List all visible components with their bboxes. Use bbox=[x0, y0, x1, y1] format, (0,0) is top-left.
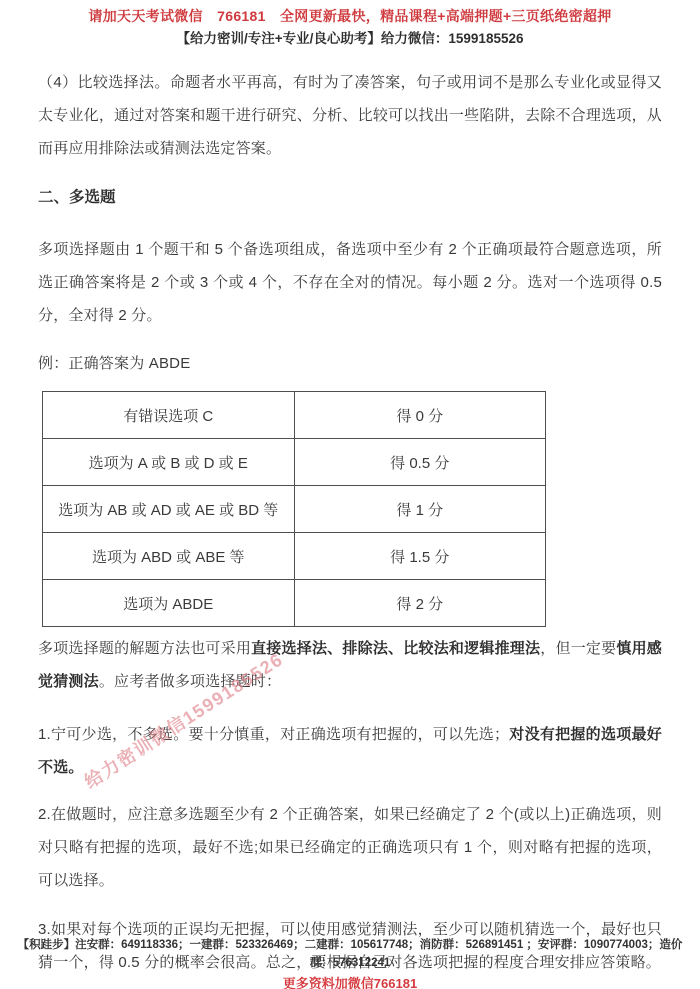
cell-condition: 选项为 ABD 或 ABE 等 bbox=[43, 533, 295, 580]
score-table: 有错误选项 C 得 0 分 选项为 A 或 B 或 D 或 E 得 0.5 分 … bbox=[42, 391, 546, 627]
cell-score: 得 0 分 bbox=[294, 392, 546, 439]
footer-promo: 更多资料加微信766181 bbox=[0, 975, 700, 989]
tip-item-2: 2.在做题时，应注意多选题至少有 2 个正确答案，如果已经确定了 2 个(或以上… bbox=[38, 798, 662, 897]
cell-score: 得 1 分 bbox=[294, 486, 546, 533]
example-label: 例：正确答案为 ABDE bbox=[38, 347, 662, 380]
header-contact-line: 【给力密训/专注+专业/良心助考】给力微信：1599185526 bbox=[0, 27, 700, 50]
table-row: 选项为 A 或 B 或 D 或 E 得 0.5 分 bbox=[43, 439, 546, 486]
cell-score: 得 1.5 分 bbox=[294, 533, 546, 580]
cell-condition: 选项为 AB 或 AD 或 AE 或 BD 等 bbox=[43, 486, 295, 533]
table-row: 选项为 ABD 或 ABE 等 得 1.5 分 bbox=[43, 533, 546, 580]
header-promo-line: 请加天天考试微信 766181 全网更新最快，精品课程+高端押题+三页纸绝密超押 bbox=[0, 5, 700, 27]
table-row: 选项为 ABDE 得 2 分 bbox=[43, 580, 546, 627]
methods-text: ，但一定要 bbox=[540, 640, 616, 657]
footer-qq-groups-line1: 【积跬步】注安群：649118336；一建群：523326469；二建群：105… bbox=[0, 936, 700, 954]
document-page: { "colors": { "accent_red": "#cf3a3e", "… bbox=[0, 0, 700, 989]
footer-qq-groups: 【积跬步】注安群：649118336；一建群：523326469；二建群：105… bbox=[0, 936, 700, 972]
cell-score: 得 0.5 分 bbox=[294, 439, 546, 486]
cell-condition: 选项为 ABDE bbox=[43, 580, 295, 627]
document-body: （4）比较选择法。命题者水平再高，有时为了凑答案，句子或用词不是那么专业化或显得… bbox=[0, 66, 700, 979]
section-heading-multiple-choice: 二、多选题 bbox=[38, 181, 662, 214]
cell-condition: 有错误选项 C bbox=[43, 392, 295, 439]
cell-score: 得 2 分 bbox=[294, 580, 546, 627]
methods-text: 。应考者做多项选择题时： bbox=[99, 673, 281, 690]
paragraph-intro: 多项选择题由 1 个题干和 5 个备选项组成，备选项中至少有 2 个正确项最符合… bbox=[38, 233, 662, 332]
top-banner: 请加天天考试微信 766181 全网更新最快，精品课程+高端押题+三页纸绝密超押… bbox=[0, 0, 700, 50]
tip1-text: 1.宁可少选，不多选。要十分慎重，对正确选项有把握的，可以先选； bbox=[38, 726, 509, 743]
methods-text: 多项选择题的解题方法也可采用 bbox=[38, 640, 251, 657]
footer-qq-groups-line2: 群：576312241 bbox=[0, 954, 700, 972]
page-footer: 【积跬步】注安群：649118336；一建群：523326469；二建群：105… bbox=[0, 936, 700, 989]
table-row: 选项为 AB 或 AD 或 AE 或 BD 等 得 1 分 bbox=[43, 486, 546, 533]
table-row: 有错误选项 C 得 0 分 bbox=[43, 392, 546, 439]
methods-bold-list: 直接选择法、排除法、比较法和逻辑推理法 bbox=[251, 640, 540, 657]
cell-condition: 选项为 A 或 B 或 D 或 E bbox=[43, 439, 295, 486]
tip-item-1: 1.宁可少选，不多选。要十分慎重，对正确选项有把握的，可以先选；对没有把握的选项… bbox=[38, 718, 662, 784]
paragraph-compare-selection: （4）比较选择法。命题者水平再高，有时为了凑答案，句子或用词不是那么专业化或显得… bbox=[38, 66, 662, 165]
paragraph-solving-methods: 多项选择题的解题方法也可采用直接选择法、排除法、比较法和逻辑推理法，但一定要慎用… bbox=[38, 632, 662, 698]
